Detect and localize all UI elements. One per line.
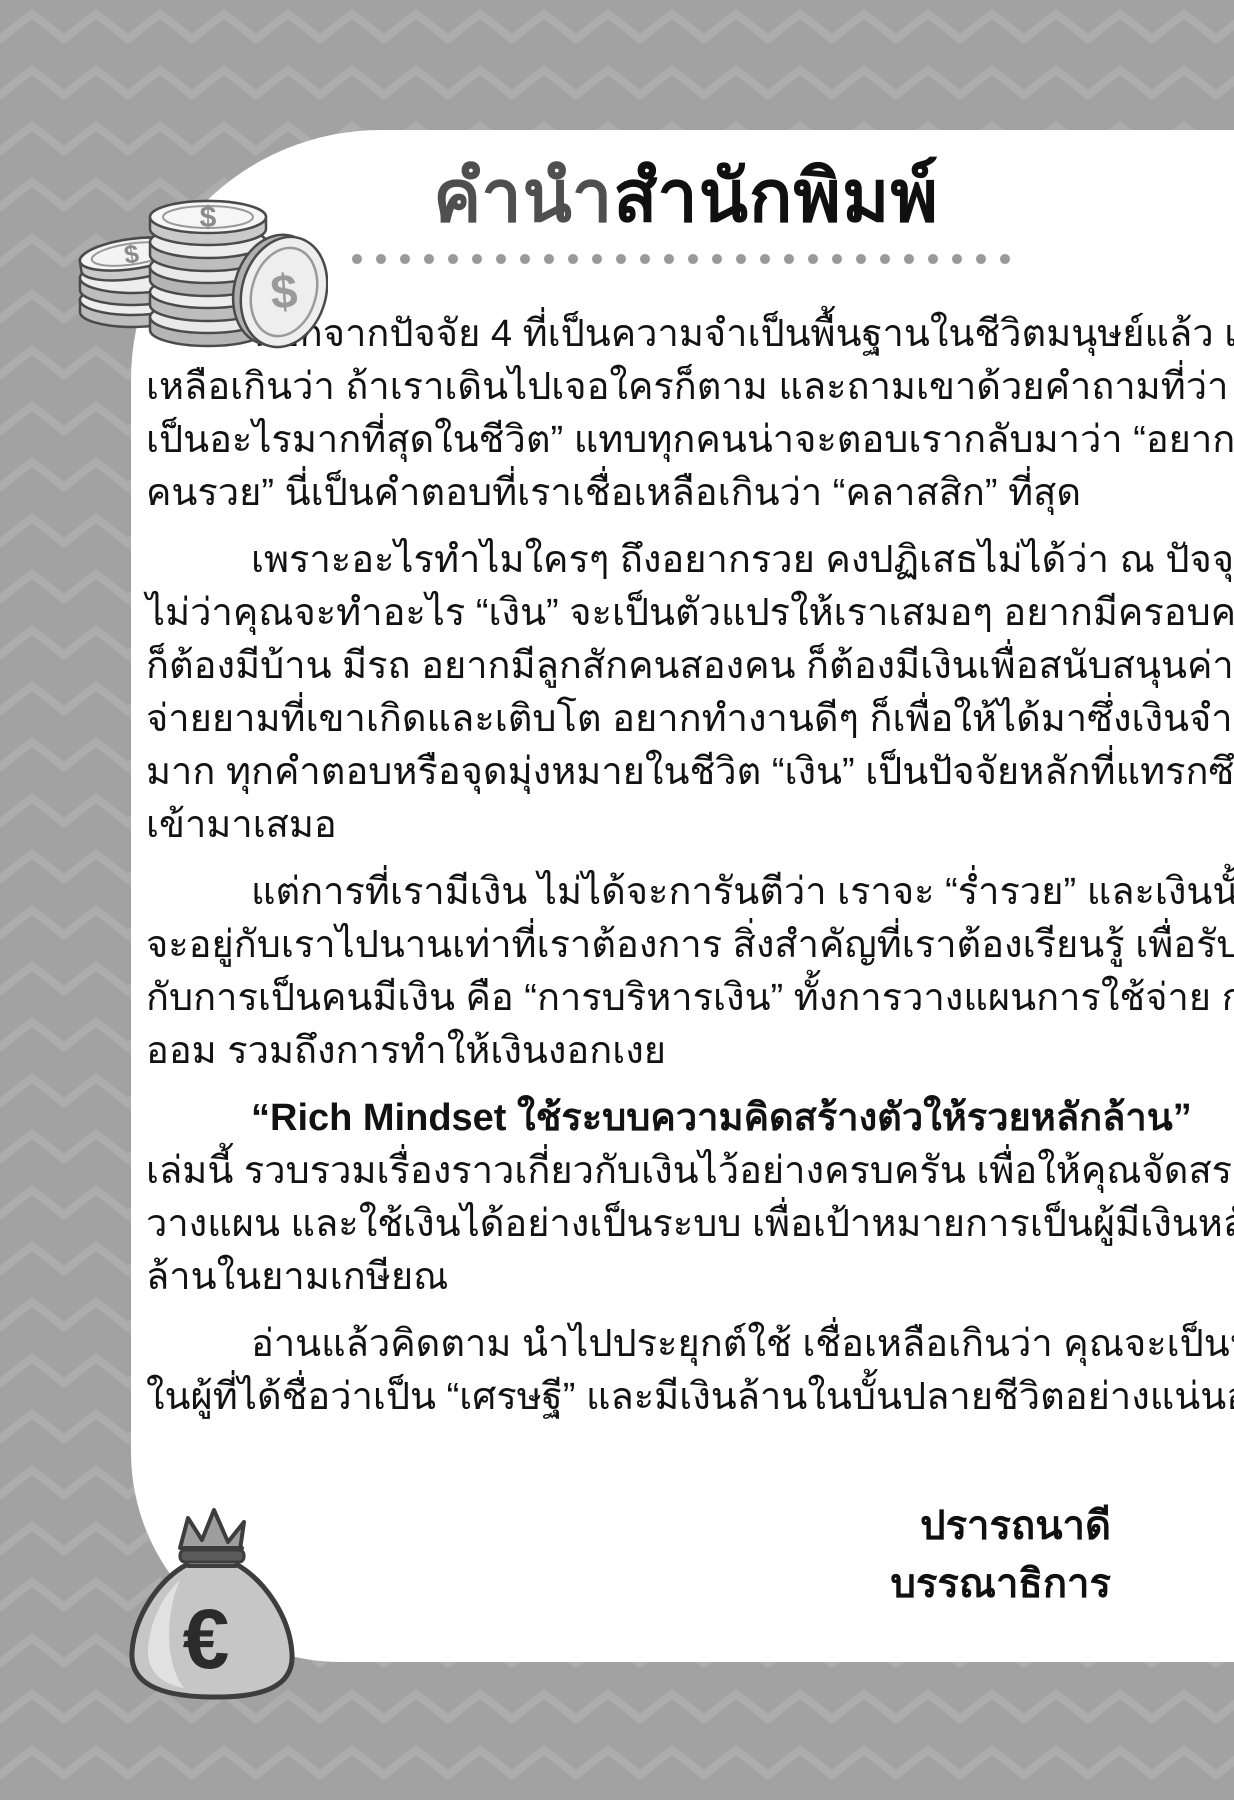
dollar-symbol-text: $ <box>269 265 300 320</box>
paragraph-line: ไม่ว่าคุณจะทำอะไร “เงิน” จะเป็นตัวแปรให้… <box>146 587 1111 640</box>
page-title-part-1: คำนำ <box>433 157 613 237</box>
paragraph-line: อ่านแล้วคิดตาม นำไปประยุกต์ใช้ เชื่อเหลื… <box>146 1318 1111 1371</box>
paragraph-line: เข้ามาเสมอ <box>146 799 1111 852</box>
paragraph-line: กับการเป็นคนมีเงิน คือ “การบริหารเงิน” ท… <box>146 972 1111 1025</box>
page-title-part-2: สำนักพิมพ์ <box>613 157 939 237</box>
money-bag-icon: € <box>118 1496 308 1706</box>
coins-stack-icon: $ $ $ <box>72 142 328 354</box>
paragraph-line: ในผู้ที่ได้ชื่อว่าเป็น “เศรษฐี” และมีเงิ… <box>146 1371 1111 1424</box>
paragraph-line: จ่ายยามที่เขาเกิดและเติบโต อยากทำงานดีๆ … <box>146 693 1111 746</box>
paragraph-line: คนรวย” นี่เป็นคำตอบที่เราเชื่อเหลือเกินว… <box>146 467 1111 520</box>
euro-symbol-text: € <box>183 1592 230 1686</box>
dotted-separator <box>345 253 1013 265</box>
dollar-symbol-text: $ <box>200 201 217 234</box>
paragraph-line: ก็ต้องมีบ้าน มีรถ อยากมีลูกสักคนสองคน ก็… <box>146 640 1111 693</box>
paragraph: อ่านแล้วคิดตาม นำไปประยุกต์ใช้ เชื่อเหลื… <box>146 1318 1111 1424</box>
paragraph-line: วางแผน และใช้เงินได้อย่างเป็นระบบ เพื่อเ… <box>146 1198 1111 1251</box>
paragraph-line: เป็นอะไรมากที่สุดในชีวิต” แทบทุกคนน่าจะต… <box>146 414 1111 467</box>
paragraph-line: เพราะอะไรทำไมใครๆ ถึงอยากรวย คงปฏิเสธไม่… <box>146 534 1111 587</box>
paragraph: เพราะอะไรทำไมใครๆ ถึงอยากรวย คงปฏิเสธไม่… <box>146 534 1111 852</box>
paragraph-line: “Rich Mindset ใช้ระบบความคิดสร้างตัวให้ร… <box>146 1092 1111 1145</box>
paragraph-line: ออม รวมถึงการทำให้เงินงอกเงย <box>146 1025 1111 1078</box>
paragraph-line: จะอยู่กับเราไปนานเท่าที่เราต้องการ สิ่งส… <box>146 919 1111 972</box>
paragraph-line: ล้านในยามเกษียณ <box>146 1251 1111 1304</box>
paragraph-line: แต่การที่เรามีเงิน ไม่ได้จะการันตีว่า เร… <box>146 866 1111 919</box>
paragraph-line: มาก ทุกคำตอบหรือจุดมุ่งหมายในชีวิต “เงิน… <box>146 746 1111 799</box>
paragraph: “Rich Mindset ใช้ระบบความคิดสร้างตัวให้ร… <box>146 1092 1111 1304</box>
paragraph-line: เหลือเกินว่า ถ้าเราเดินไปเจอใครก็ตาม และ… <box>146 361 1111 414</box>
preface-card: คำนำสำนักพิมพ์ นอกจากปัจจัย 4 ที่เป็นควา… <box>131 130 1234 1662</box>
paragraph-line: เล่มนี้ รวบรวมเรื่องราวเกี่ยวกับเงินไว้อ… <box>146 1145 1111 1198</box>
paragraph: แต่การที่เรามีเงิน ไม่ได้จะการันตีว่า เร… <box>146 866 1111 1078</box>
body-paragraphs: นอกจากปัจจัย 4 ที่เป็นความจำเป็นพื้นฐานใ… <box>146 308 1111 1438</box>
